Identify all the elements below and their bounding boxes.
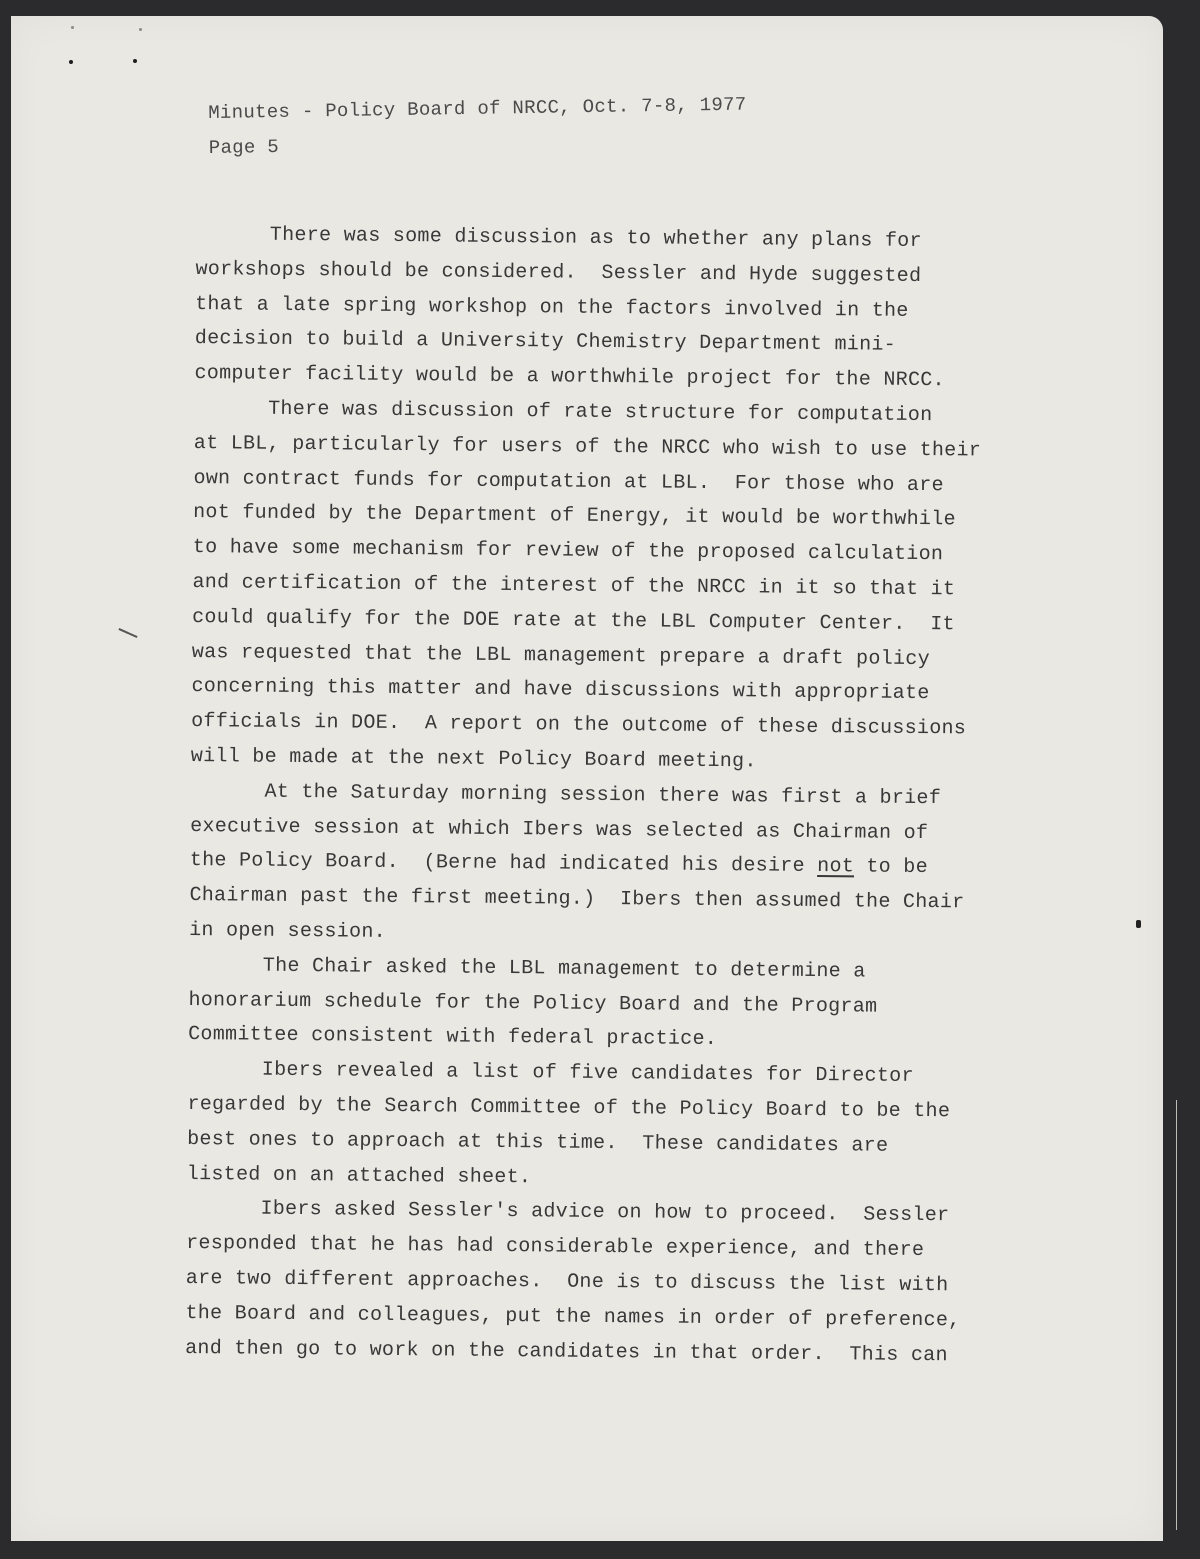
paragraph-workshops: There was some discussion as to whether … xyxy=(194,218,1136,401)
page-header: Minutes - Policy Board of NRCC, Oct. 7-8… xyxy=(208,88,747,166)
scanned-page-background: Minutes - Policy Board of NRCC, Oct. 7-8… xyxy=(0,0,1200,1559)
paragraph-saturday-session: At the Saturday morning session there wa… xyxy=(189,775,1131,958)
text-segment: to be xyxy=(854,856,928,880)
paragraph-honorarium: The Chair asked the LBL management to de… xyxy=(188,949,1129,1062)
ink-blot-mark xyxy=(1136,920,1141,928)
page-edge-line xyxy=(1176,1100,1177,1530)
punch-hole-mark xyxy=(133,59,137,63)
paragraph-rate-structure: There was discussion of rate structure f… xyxy=(191,392,1135,784)
punch-hole-mark xyxy=(69,60,73,64)
text-segment: the Policy Board. (Berne had indicated h… xyxy=(190,849,818,878)
paragraph-sessler-advice: Ibers asked Sessler's advice on how to p… xyxy=(185,1192,1127,1375)
document-body: There was some discussion as to whether … xyxy=(185,218,1136,1375)
underlined-word: not xyxy=(817,855,854,878)
paper-speck xyxy=(71,26,74,29)
paragraph-director-candidates: Ibers revealed a list of five candidates… xyxy=(187,1053,1128,1201)
paper-speck xyxy=(139,28,142,31)
